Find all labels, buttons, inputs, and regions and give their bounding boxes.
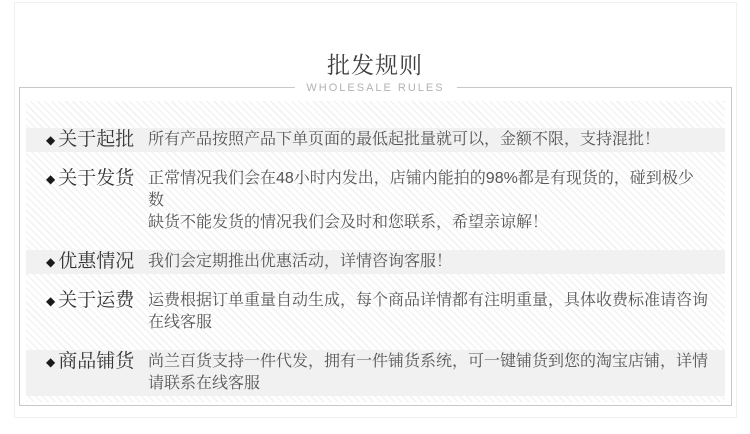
- rule-content: 我们会定期推出优惠活动，详情咨询客服！: [148, 251, 725, 273]
- striped-background: ◆关于起批所有产品按照产品下单页面的最低起批量就可以，金额不限，支持混批！◆关于…: [26, 101, 725, 402]
- rule-content: 所有产品按照产品下单页面的最低起批量就可以，金额不限，支持混批！: [148, 129, 725, 151]
- diamond-bullet-icon: ◆: [46, 294, 55, 308]
- diamond-bullet-icon: ◆: [46, 255, 55, 269]
- rule-content: 正常情况我们会在48小时内发出，店铺内能拍的98%都是有现货的，碰到极少数缺货不…: [148, 168, 725, 234]
- rule-content: 尚兰百货支持一件代发，拥有一件铺货系统，可一键铺货到您的淘宝店铺，详情请联系在线…: [148, 351, 725, 395]
- rule-content-line: 所有产品按照产品下单页面的最低起批量就可以，金额不限，支持混批！: [148, 131, 660, 148]
- rule-content-line: 缺货不能发货的情况我们会及时和您联系，希望亲谅解！: [148, 214, 548, 231]
- rule-label-text: 关于发货: [58, 168, 134, 189]
- diamond-bullet-icon: ◆: [46, 133, 55, 147]
- rule-label: ◆优惠情况: [26, 251, 148, 273]
- rule-content-line: 尚兰百货支持一件代发，拥有一件铺货系统，可一键铺货到您的淘宝店铺，详情: [148, 353, 708, 370]
- diamond-bullet-icon: ◆: [46, 172, 55, 186]
- rule-row: ◆优惠情况我们会定期推出优惠活动，详情咨询客服！: [26, 250, 725, 274]
- rule-content-line: 正常情况我们会在48小时内发出，店铺内能拍的98%都是有现货的，碰到极少数: [148, 170, 694, 209]
- rule-row: ◆关于起批所有产品按照产品下单页面的最低起批量就可以，金额不限，支持混批！: [26, 128, 725, 152]
- rule-content: 运费根据订单重量自动生成，每个商品详情都有注明重量，具体收费标准请咨询在线客服: [148, 290, 725, 334]
- rules-list: ◆关于起批所有产品按照产品下单页面的最低起批量就可以，金额不限，支持混批！◆关于…: [26, 128, 725, 411]
- rule-label-text: 关于起批: [58, 129, 134, 150]
- rule-content-line: 请联系在线客服: [148, 375, 260, 392]
- diamond-bullet-icon: ◆: [46, 355, 55, 369]
- rule-row: ◆商品铺货尚兰百货支持一件代发，拥有一件铺货系统，可一键铺货到您的淘宝店铺，详情…: [26, 350, 725, 396]
- rule-content-line: 我们会定期推出优惠活动，详情咨询客服！: [148, 253, 452, 270]
- rule-label-text: 关于运费: [58, 290, 134, 311]
- rule-label-text: 优惠情况: [58, 251, 134, 272]
- rule-label: ◆关于起批: [26, 129, 148, 151]
- rule-row: ◆关于发货正常情况我们会在48小时内发出，店铺内能拍的98%都是有现货的，碰到极…: [26, 167, 725, 235]
- rule-label: ◆关于发货: [26, 168, 148, 190]
- rule-label: ◆商品铺货: [26, 351, 148, 373]
- rule-content-line: 运费根据订单重量自动生成，每个商品详情都有注明重量，具体收费标准请咨询: [148, 292, 708, 309]
- page-title: 批发规则: [0, 50, 750, 80]
- wholesale-rules-panel: WHOLESALE RULES ◆关于起批所有产品按照产品下单页面的最低起批量就…: [19, 87, 732, 406]
- rule-label-text: 商品铺货: [58, 351, 134, 372]
- rule-row: ◆关于运费运费根据订单重量自动生成，每个商品详情都有注明重量，具体收费标准请咨询…: [26, 289, 725, 335]
- rule-label: ◆关于运费: [26, 290, 148, 312]
- panel-subtitle: WHOLESALE RULES: [294, 80, 456, 96]
- rule-content-line: 在线客服: [148, 314, 212, 331]
